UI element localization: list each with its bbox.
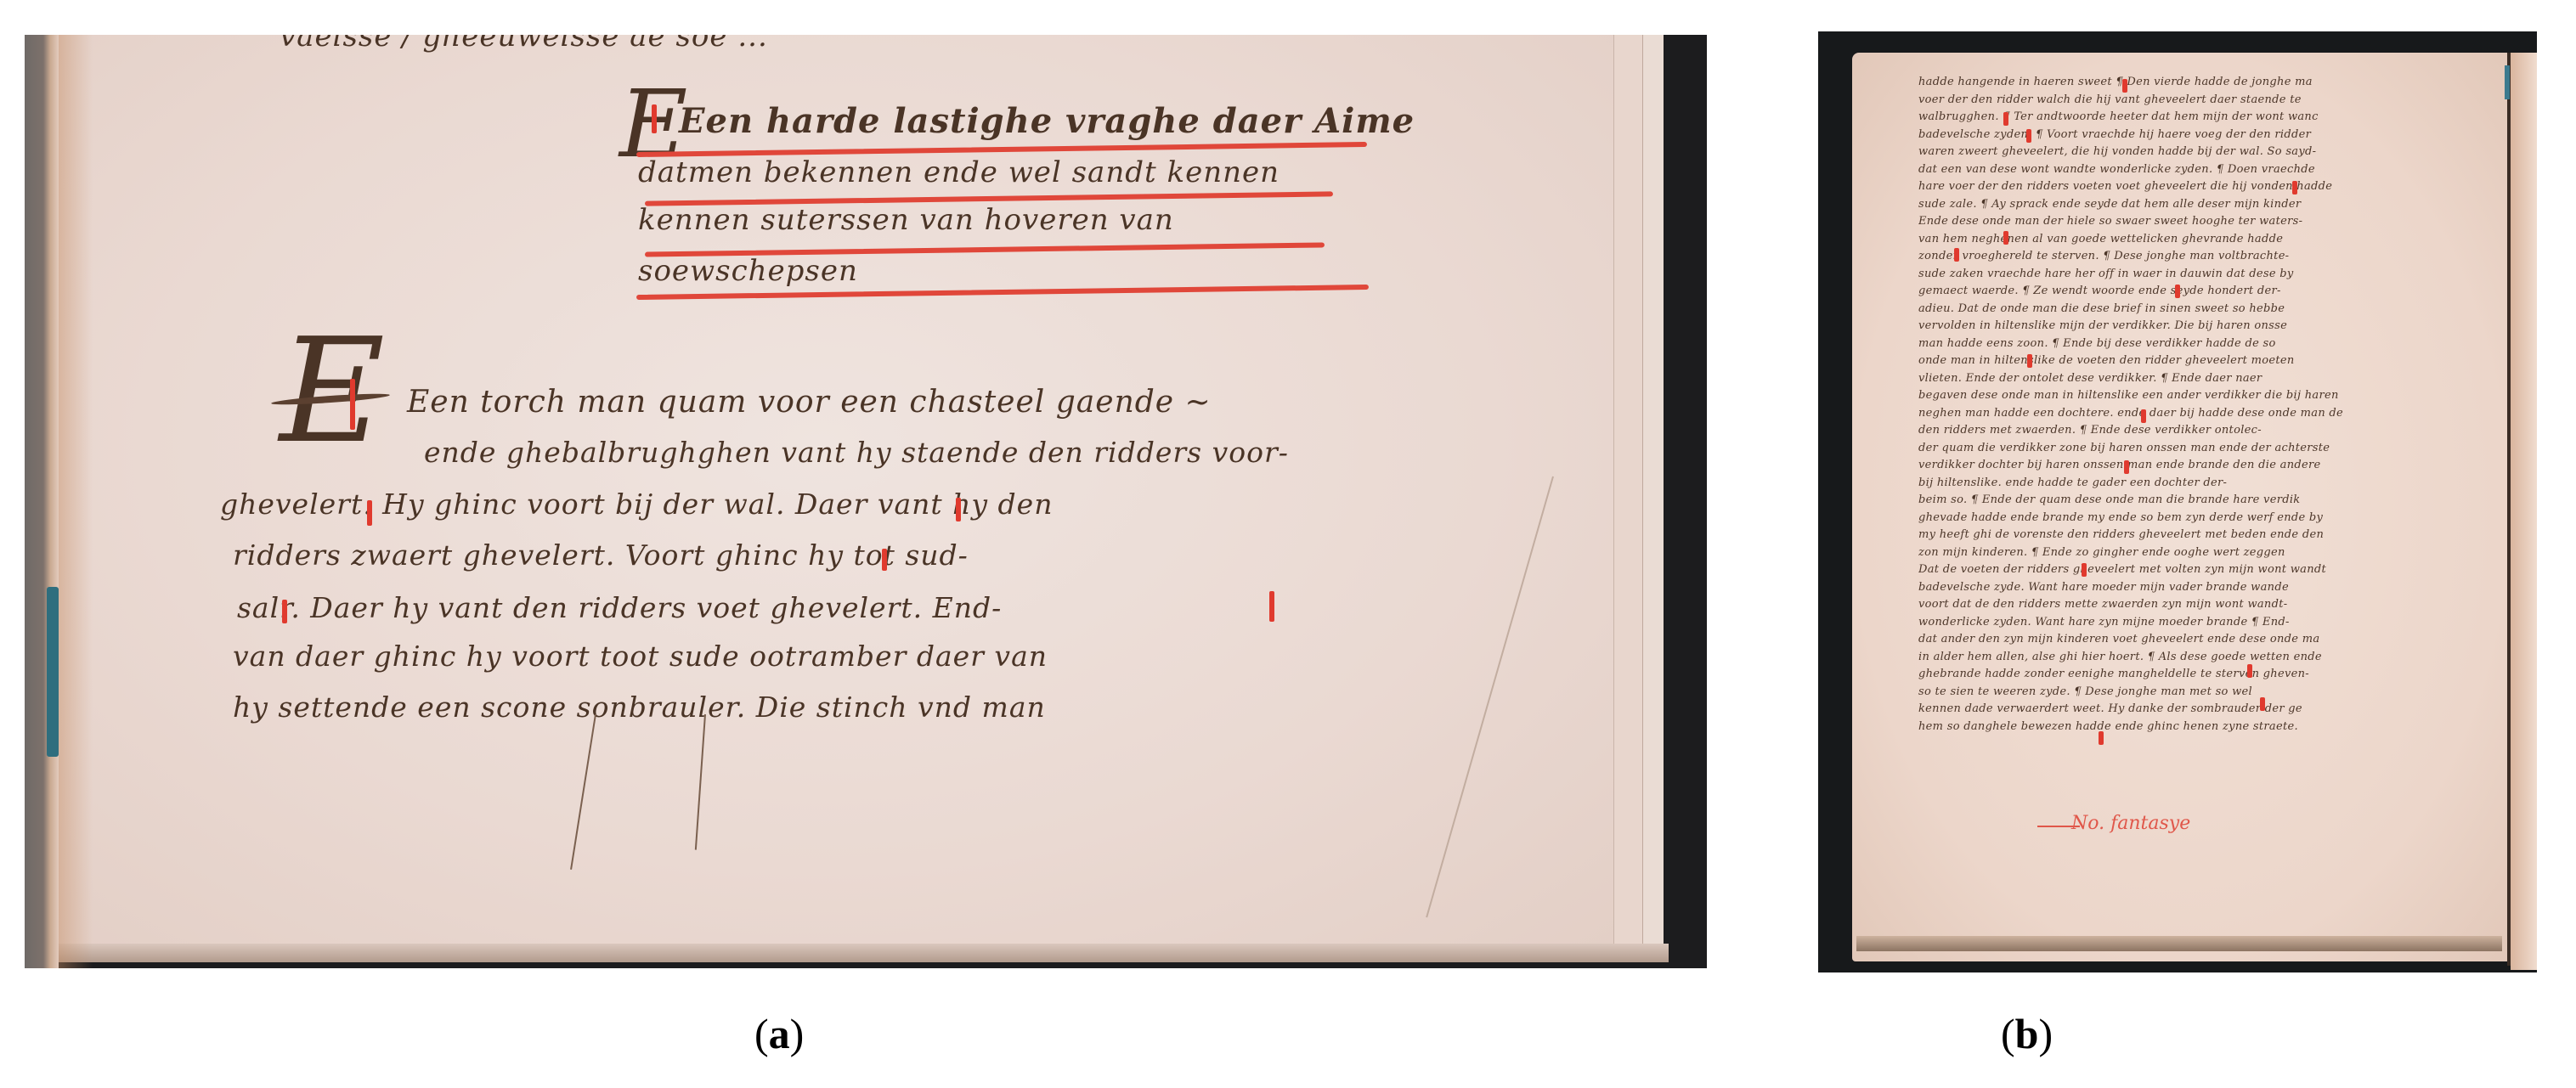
- page-bottom-edge: [1856, 936, 2502, 951]
- figure-panel-b: hadde hangende in haeren sweet ¶ Den vie…: [1818, 31, 2537, 972]
- text-line: neghen man hadde een dochtere. ende daer…: [1918, 407, 2445, 425]
- body-line-3: ghevelert. Hy ghinc voort bij der wal. D…: [220, 488, 1053, 521]
- body-line-7: hy settende een scone sonbrauler. Die st…: [233, 691, 1046, 724]
- rubric-line-1: Een harde lastighe vraghe daer Aime: [679, 101, 1415, 141]
- body-line-6: van daer ghinc hy voort toot sude ootram…: [233, 640, 1048, 673]
- paragraph-mark-icon: [2247, 664, 2252, 678]
- page-edge-leaf: [1642, 35, 1664, 961]
- paragraph-mark-icon: [2260, 697, 2265, 711]
- paragraph-mark-icon: [2026, 129, 2031, 143]
- text-line: zon mijn kinderen. ¶ Ende zo gingher end…: [1918, 546, 2445, 564]
- text-line: vervolden in hiltenslike mijn der verdik…: [1918, 319, 2445, 337]
- text-line: begaven dese onde man in hiltenslike een…: [1918, 389, 2445, 407]
- red-capital-stroke: [282, 600, 287, 623]
- caption-label: b: [2015, 1010, 2039, 1057]
- body-line-4: ridders zwaert ghevelert. Voort ghinc hy…: [233, 538, 969, 572]
- explicit-text: No. fantasye: [2071, 813, 2190, 834]
- text-line: vlieten. Ende der ontolet dese verdikker…: [1918, 372, 2445, 390]
- paragraph-mark-icon: [2082, 563, 2087, 577]
- text-line: waren zweert gheveelert, die hij vonden …: [1918, 145, 2445, 163]
- text-line: gemaect waerde. ¶ Ze wendt woorde ende s…: [1918, 285, 2445, 302]
- text-line: dat een van dese wont wandte wonderlicke…: [1918, 163, 2445, 181]
- paragraph-mark-icon: [2027, 354, 2032, 368]
- decorated-initial: E: [280, 319, 385, 464]
- caption-a: (a): [754, 1009, 804, 1058]
- text-line: so te sien te weeren zyde. ¶ Dese jonghe…: [1918, 685, 2445, 703]
- initial-red-stroke: [350, 379, 355, 430]
- text-line: voer der den ridder walch die hij vant g…: [1918, 93, 2445, 111]
- red-capital-stroke: [1269, 591, 1274, 622]
- page-edge-leaf: [1613, 35, 1643, 952]
- paragraph-mark-icon: [2141, 409, 2146, 423]
- text-line: badevelsche zyden. ¶ Voort vraechde hij …: [1918, 128, 2445, 146]
- text-line: my heeft ghi de vorenste den ridders ghe…: [1918, 528, 2445, 546]
- rubric-line-2: datmen bekennen ende wel sandt kennen: [638, 155, 1280, 189]
- caption-label: a: [769, 1010, 790, 1057]
- red-capital-stroke: [367, 500, 372, 526]
- text-line: in alder hem allen, alse ghi hier hoert.…: [1918, 651, 2445, 668]
- text-line: adieu. Dat de onde man die dese brief in…: [1918, 302, 2445, 320]
- text-line: Ende dese onde man der hiele so swaer sw…: [1918, 215, 2445, 233]
- partial-text-line: vaelsse / gheeuwelsse ae soe ...: [280, 35, 768, 54]
- text-line: sude zale. ¶ Ay sprack ende seyde dat he…: [1918, 198, 2445, 216]
- text-line: verdikker dochter bij haren onssen man e…: [1918, 459, 2445, 476]
- text-line: beim so. ¶ Ende der quam dese onde man d…: [1918, 493, 2445, 511]
- text-line: van hem neghenen al van goede wettelicke…: [1918, 233, 2445, 251]
- text-line: ghevade hadde ende brande my ende so bem…: [1918, 511, 2445, 529]
- text-line: onde man in hiltenslike de voeten den ri…: [1918, 354, 2445, 372]
- red-capital-stroke: [956, 498, 961, 521]
- paper-stain: [59, 35, 93, 968]
- text-line: bij hiltenslike. ende hadde te gader een…: [1918, 476, 2445, 494]
- page-bottom-edge: [25, 944, 1669, 962]
- text-line: walbrugghen. ¶ Ter andtwoorde heeter dat…: [1918, 110, 2445, 128]
- binding-thread: [2505, 65, 2510, 99]
- body-line-2: ende ghebalbrughghen vant hy staende den…: [424, 436, 1289, 469]
- text-line: kennen dade verwaerdert weet. Hy danke d…: [1918, 702, 2445, 720]
- text-line: Dat de voeten der ridders gheveelert met…: [1918, 563, 2445, 581]
- caption-paren: ): [790, 1010, 805, 1057]
- text-line: man hadde eens zoon. ¶ Ende bij dese ver…: [1918, 337, 2445, 355]
- text-line: badevelsche zyde. Want hare moeder mijn …: [1918, 581, 2445, 599]
- text-line: der quam die verdikker zone bij haren on…: [1918, 442, 2445, 459]
- paragraph-mark-icon: [2003, 112, 2008, 126]
- text-line: voort dat de den ridders mette zwaerden …: [1918, 598, 2445, 616]
- text-line: hare voer der den ridders voeten voet gh…: [1918, 180, 2445, 198]
- caption-b: (b): [2001, 1009, 2053, 1058]
- text-line: den ridders met zwaerden. ¶ Ende dese ve…: [1918, 424, 2445, 442]
- text-line: ghebrande hadde zonder eenighe manghelde…: [1918, 668, 2445, 685]
- text-line: hem so danghele bewezen hadde ende ghinc…: [1918, 720, 2445, 738]
- book-binding: [25, 35, 59, 968]
- caption-paren: (: [2001, 1010, 2015, 1057]
- text-line: zonder vroeghereld te sterven. ¶ Dese jo…: [1918, 250, 2445, 268]
- body-line-5: salr. Daer hy vant den ridders voet ghev…: [237, 591, 1002, 624]
- figure-panel-a: vaelsse / gheeuwelsse ae soe ... E Een h…: [25, 35, 1707, 968]
- paragraph-mark-icon: [2099, 731, 2104, 745]
- text-line: wonderlicke zyden. Want hare zyn mijne m…: [1918, 616, 2445, 634]
- rubric-line-3: kennen suterssen van hoveren van: [638, 203, 1174, 237]
- text-line: sude zaken vraechde hare her off in waer…: [1918, 268, 2445, 285]
- paragraph-mark-icon: [2175, 285, 2180, 298]
- paragraph-mark-icon: [2292, 181, 2297, 194]
- manuscript-text-block: hadde hangende in haeren sweet ¶ Den vie…: [1918, 76, 2445, 737]
- binding-thread: [47, 587, 59, 757]
- text-line: hadde hangende in haeren sweet ¶ Den vie…: [1918, 76, 2445, 93]
- adjacent-page-edge: [2511, 53, 2537, 970]
- paragraph-mark-icon: [1954, 248, 1959, 262]
- paragraph-mark-icon: [2003, 231, 2008, 245]
- rubric-line-4: soewschepsen: [638, 254, 858, 288]
- caption-paren: (: [754, 1010, 769, 1057]
- rubric-red-stroke: [652, 104, 657, 133]
- red-capital-stroke: [882, 549, 887, 571]
- text-line: dat ander den zyn mijn kinderen voet ghe…: [1918, 633, 2445, 651]
- body-line-1: Een torch man quam voor een chasteel gae…: [407, 385, 1212, 420]
- caption-paren: ): [2038, 1010, 2053, 1057]
- paragraph-mark-icon: [2122, 79, 2127, 93]
- paragraph-mark-icon: [2124, 460, 2129, 474]
